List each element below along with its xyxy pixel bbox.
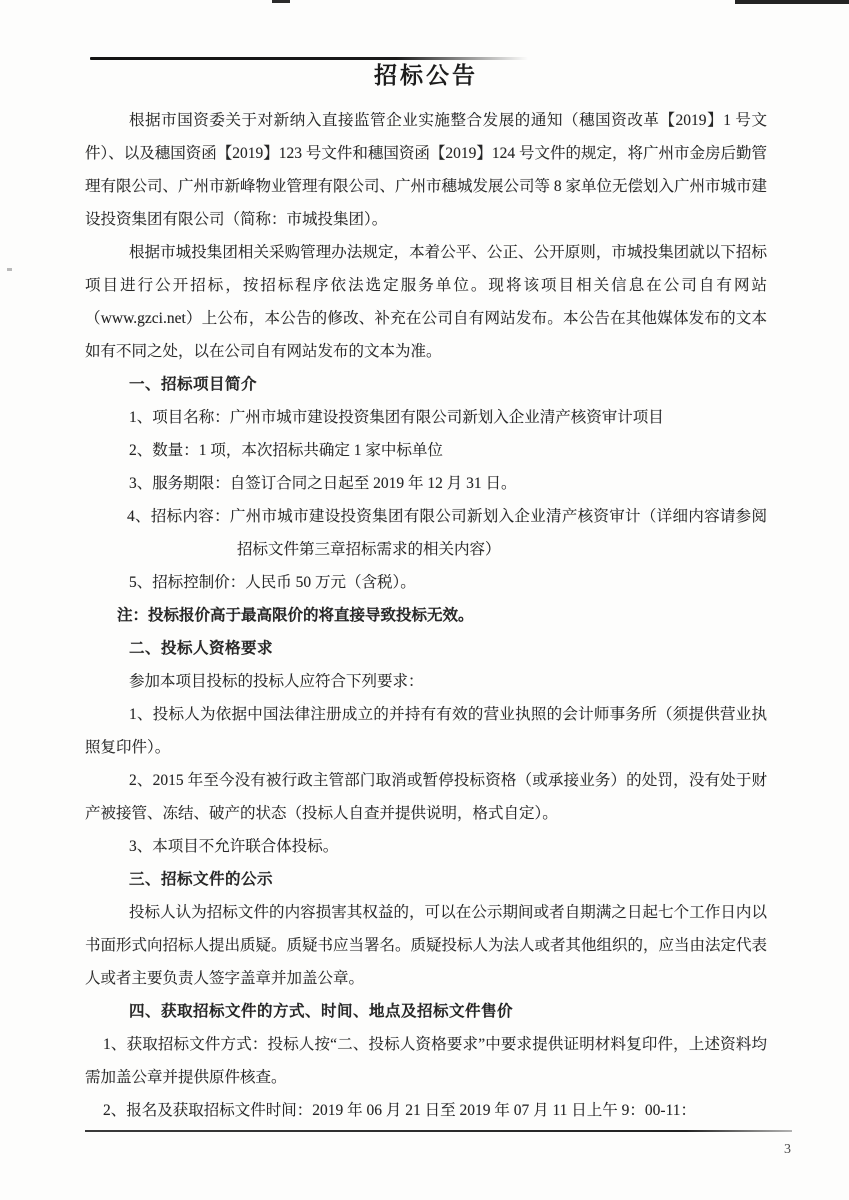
scan-artifact-top-edge-mark: [735, 0, 849, 4]
scanned-document-page: 招标公告 根据市国资委关于对新纳入直接监管企业实施整合发展的通知（穗国资改革【2…: [0, 0, 849, 1200]
section-heading-4: 四、获取招标文件的方式、时间、地点及招标文件售价: [85, 995, 767, 1028]
scan-artifact-top-edge-mark: [272, 0, 290, 3]
document-title: 招标公告: [85, 58, 767, 94]
paragraph-qualification-intro: 参加本项目投标的投标人应符合下列要求：: [85, 665, 767, 698]
item-obtain-method: 1、获取招标文件方式：投标人按“二、投标人资格要求”中要求提供证明材料复印件，上…: [85, 1028, 767, 1094]
document-title-text: 招标公告: [374, 63, 478, 88]
footer-rule: [85, 1130, 792, 1132]
page-number: 3: [784, 1142, 791, 1158]
item-project-name: 1、项目名称：广州市城市建设投资集团有限公司新划入企业清产核资审计项目: [85, 401, 767, 434]
section-heading-3: 三、招标文件的公示: [85, 863, 767, 896]
paragraph-intro-1: 根据市国资委关于对新纳入直接监管企业实施整合发展的通知（穗国资改革【2019】1…: [85, 104, 767, 236]
item-quantity: 2、数量：1 项，本次招标共确定 1 家中标单位: [85, 434, 767, 467]
item-control-price: 5、招标控制价：人民币 50 万元（含税）。: [85, 566, 767, 599]
item-qualification-3: 3、本项目不允许联合体投标。: [85, 830, 767, 863]
item-service-period: 3、服务期限：自签订合同之日起至 2019 年 12 月 31 日。: [85, 467, 767, 500]
item-tender-content: 4、招标内容：广州市城市建设投资集团有限公司新划入企业清产核资审计（详细内容请参…: [85, 500, 767, 566]
note-price-limit: 注：投标报价高于最高限价的将直接导致投标无效。: [85, 599, 767, 632]
item-qualification-1: 1、投标人为依据中国法律注册成立的并持有有效的营业执照的会计师事务所（须提供营业…: [85, 698, 767, 764]
section-heading-2: 二、投标人资格要求: [85, 632, 767, 665]
scan-artifact-speck: [7, 268, 12, 271]
paragraph-publicity: 投标人认为招标文件的内容损害其权益的，可以在公示期间或者自期满之日起七个工作日内…: [85, 896, 767, 995]
document-body: 招标公告 根据市国资委关于对新纳入直接监管企业实施整合发展的通知（穗国资改革【2…: [85, 58, 767, 1127]
section-heading-1: 一、招标项目简介: [85, 368, 767, 401]
item-obtain-time: 2、报名及获取招标文件时间：2019 年 06 月 21 日至 2019 年 0…: [85, 1094, 767, 1127]
paragraph-intro-2: 根据市城投集团相关采购管理办法规定，本着公平、公正、公开原则，市城投集团就以下招…: [85, 236, 767, 368]
item-qualification-2: 2、2015 年至今没有被行政主管部门取消或暂停投标资格（或承接业务）的处罚，没…: [85, 764, 767, 830]
